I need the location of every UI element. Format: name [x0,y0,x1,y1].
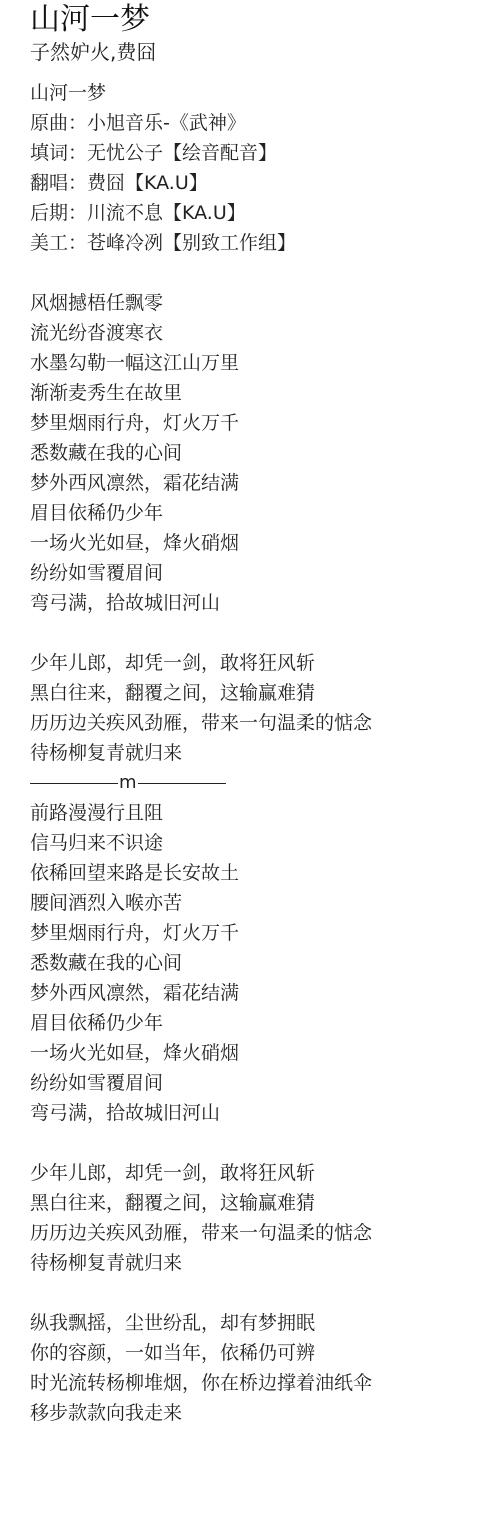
lyric-line: 山河一梦 [30,78,500,108]
lyric-line: 弯弓满，拾故城旧河山 [30,1098,500,1128]
lyric-line: 纷纷如雪覆眉间 [30,1068,500,1098]
lyric-line: 纵我飘摇，尘世纷乱，却有梦拥眠 [30,1308,500,1338]
lyric-line: 原曲：小旭音乐-《武神》 [30,108,500,138]
lyric-line: 填词：无忧公子【绘音配音】 [30,138,500,168]
lyric-line: 你的容颜，一如当年，依稀仍可辨 [30,1338,500,1368]
lyric-line: 移步款款向我走来 [30,1398,500,1428]
lyrics-page: 山河一梦 子然妒火,费囧 山河一梦原曲：小旭音乐-《武神》填词：无忧公子【绘音配… [0,0,500,1428]
lyric-line: 翻唱：费囧【KA.U】 [30,168,500,198]
lyric-line: 眉目依稀仍少年 [30,498,500,528]
lyric-line: 梦里烟雨行舟，灯火万千 [30,918,500,948]
lyric-line: 信马归来不识途 [30,828,500,858]
lyric-line: 眉目依稀仍少年 [30,1008,500,1038]
lyric-line: 悉数藏在我的心间 [30,948,500,978]
lyric-line: 一场火光如昼，烽火硝烟 [30,528,500,558]
separator-rule-right [138,783,226,784]
lyric-line: 待杨柳复青就归来 [30,738,500,768]
lyric-line: 梦里烟雨行舟，灯火万千 [30,408,500,438]
lyric-line: 纷纷如雪覆眉间 [30,558,500,588]
lyric-line: 腰间酒烈入喉亦苦 [30,888,500,918]
separator-rule-left [30,783,118,784]
lyric-line: 美工：苍峰冷冽【别致工作组】 [30,228,500,258]
song-artist: 子然妒火,费囧 [30,38,500,66]
blank-line [30,258,500,288]
lyric-line: 黑白往来，翻覆之间，这输赢难猜 [30,1188,500,1218]
lyric-line: 待杨柳复青就归来 [30,1248,500,1278]
lyric-line: 流光纷沓渡寒衣 [30,318,500,348]
blank-line [30,1128,500,1158]
lyric-line: 时光流转杨柳堆烟，你在桥边撑着油纸伞 [30,1368,500,1398]
lyric-line: 梦外西风凛然，霜花结满 [30,978,500,1008]
song-title: 山河一梦 [30,2,500,38]
lyric-line: 黑白往来，翻覆之间，这输赢难猜 [30,678,500,708]
blank-line [30,618,500,648]
lyric-line: 历历边关疾风劲雁，带来一句温柔的惦念 [30,1218,500,1248]
separator-mark: m [118,768,138,798]
lyric-line: 梦外西风凛然，霜花结满 [30,468,500,498]
lyric-line: 少年儿郎，却凭一剑，敢将狂风斩 [30,1158,500,1188]
lyric-line: 前路漫漫行且阻 [30,798,500,828]
lyric-line: 渐渐麦秀生在故里 [30,378,500,408]
lyric-line: 弯弓满，拾故城旧河山 [30,588,500,618]
lyric-line: 悉数藏在我的心间 [30,438,500,468]
lyric-line: 水墨勾勒一幅这江山万里 [30,348,500,378]
blank-line [30,1278,500,1308]
lyric-line: 一场火光如昼，烽火硝烟 [30,1038,500,1068]
lyric-line: 后期：川流不息【KA.U】 [30,198,500,228]
lyric-line: 历历边关疾风劲雁，带来一句温柔的惦念 [30,708,500,738]
lyric-line: 风烟撼梧任飘零 [30,288,500,318]
section-separator: m [30,768,500,798]
lyric-line: 依稀回望来路是长安故土 [30,858,500,888]
lyric-line: 少年儿郎，却凭一剑，敢将狂风斩 [30,648,500,678]
lyrics-body: 山河一梦原曲：小旭音乐-《武神》填词：无忧公子【绘音配音】翻唱：费囧【KA.U】… [30,78,500,1428]
